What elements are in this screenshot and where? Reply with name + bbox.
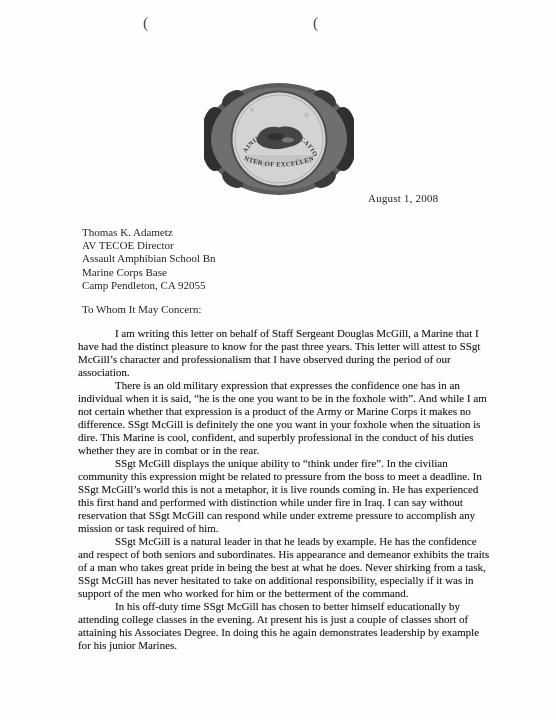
seal-speckle bbox=[250, 108, 254, 112]
seal-emblem-shadow bbox=[268, 133, 284, 140]
letter-body: I am writing this letter on behalf of St… bbox=[78, 328, 492, 653]
scan-artifact-mark-left: ( bbox=[143, 15, 148, 33]
recipient-city: Camp Pendleton, CA 92055 bbox=[82, 280, 216, 293]
scan-artifact-mark-right: ( bbox=[313, 15, 318, 33]
seal-speckle bbox=[296, 158, 300, 162]
letter-date: August 1, 2008 bbox=[368, 193, 438, 205]
unit-seal-graphic: ASLT AMPHIB SCHOOL BATTALION TRAINING AN… bbox=[204, 80, 354, 198]
recipient-base: Marine Corps Base bbox=[82, 267, 216, 280]
recipient-name: Thomas K. Adametz bbox=[82, 227, 216, 240]
scanned-letter-page: ( ( ASLT AMPHIB SCHOOL bbox=[0, 0, 556, 720]
seal-speckle bbox=[262, 163, 267, 168]
letter-paragraph-1: I am writing this letter on behalf of St… bbox=[78, 328, 492, 380]
letter-paragraph-2: There is an old military expression that… bbox=[78, 380, 492, 458]
unit-seal: ASLT AMPHIB SCHOOL BATTALION TRAINING AN… bbox=[204, 80, 354, 198]
seal-speckle bbox=[304, 113, 309, 118]
seal-emblem-highlight bbox=[282, 138, 294, 143]
recipient-title: AV TECOE Director bbox=[82, 240, 216, 253]
letter-paragraph-4: SSgt McGill is a natural leader in that … bbox=[78, 536, 492, 601]
letter-paragraph-3: SSgt McGill displays the unique ability … bbox=[78, 458, 492, 536]
salutation: To Whom It May Concern: bbox=[82, 304, 201, 316]
recipient-address: Thomas K. Adametz AV TECOE Director Assa… bbox=[82, 227, 216, 293]
recipient-unit: Assault Amphibian School Bn bbox=[82, 253, 216, 266]
letter-paragraph-5: In his off-duty time SSgt McGill has cho… bbox=[78, 601, 492, 653]
